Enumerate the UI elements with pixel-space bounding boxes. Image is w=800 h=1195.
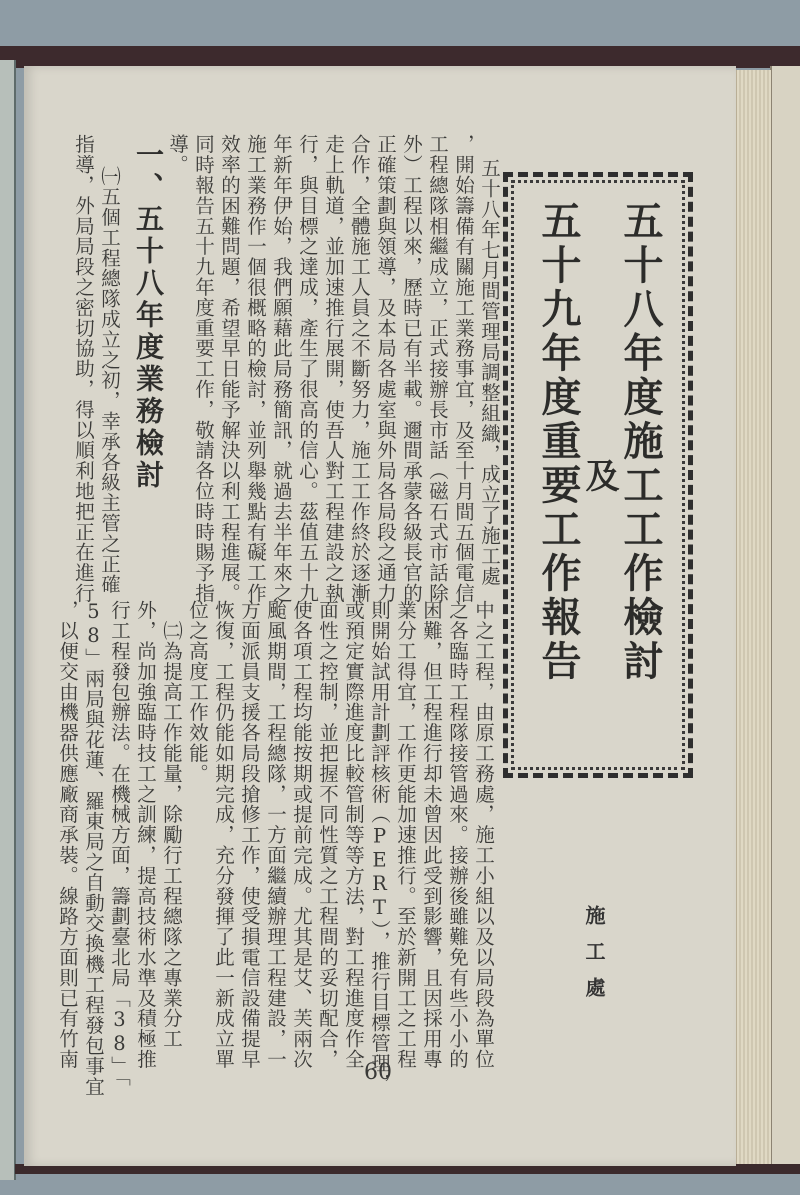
- section-column-bottom-17: ，以便交由機器供應廠商承裝。線路方面則已有竹南: [54, 600, 80, 1069]
- section-column-bottom-3: 困難，但工程進行却未曾因此受到影響，且因採用專: [418, 600, 444, 1069]
- section-heading: 一、五十八年度業務檢討: [128, 140, 168, 492]
- section-column-top-2: 指導，外局局段之密切協助，得以順利地把正在進行: [70, 134, 96, 603]
- title-line-1: 五十八年度施工工作檢討: [612, 200, 669, 684]
- section-column-bottom-13: ㈡為提高工作能量，除勵行工程總隊之專業分工: [158, 600, 184, 1049]
- section-column-bottom-1: 中之工程，由原工務處，施工小組以及以局段為單位: [470, 600, 496, 1069]
- author-label: 施工處: [580, 905, 609, 1013]
- intro-column-7: 走上軌道，並加速推行展開，使吾人對工程建設之執: [320, 134, 346, 603]
- book-cover-right-edge: [770, 66, 800, 1170]
- section-column-top-1: ㈠五個工程總隊成立之初，幸承各級主管之正確: [96, 166, 122, 594]
- intro-column-10: 施工業務作一個很概略的檢討，並列舉幾點有礙工作: [242, 134, 268, 603]
- title-line-2: 五十九年度重要工作報告: [530, 200, 587, 684]
- intro-column-11: 效率的困難問題，希望早日能予解決以利工程進展。: [216, 134, 242, 603]
- book-cover-top-edge: [0, 46, 800, 68]
- intro-column-8: 行，與目標之達成，產生了很高的信心。茲值五十九: [294, 134, 320, 603]
- section-column-bottom-6: 或預定實際進度比較管制等等方法，對工程進度作全: [340, 600, 366, 1069]
- section-column-bottom-4: 業分工得宜，工作更能加速推行。至於新開工之工程: [392, 600, 418, 1069]
- section-column-bottom-8: 使各項工程均能按期或提前完成。尤其是艾、芙兩次: [288, 600, 314, 1069]
- section-column-bottom-11: 恢復，工程仍能如期完成，充分發揮了此一新成立單: [210, 600, 236, 1069]
- section-column-bottom-9: 颱風期間，工程總隊，一方面繼續辦理工程建設，一: [262, 600, 288, 1069]
- section-column-bottom-10: 方面派員支援各局段搶修工作，使受損電信設備提早: [236, 600, 262, 1069]
- section-column-bottom-2: 之各臨時工程隊接管過來。接辦後雖難免有些小小的: [444, 600, 470, 1069]
- section-column-bottom-15: 行工程發包辦法。在機械方面，籌劃臺北局「38」「: [106, 600, 132, 1087]
- intro-column-12: 同時報告五十九年度重要工作，敬請各位時時賜予指: [190, 134, 216, 603]
- section-column-bottom-5: 則開始試用計劃評核術（PERT），推行目標管理，: [366, 600, 392, 1094]
- page-stack-edges: [736, 70, 771, 1166]
- section-column-bottom-12: 位之高度工作效能。: [184, 600, 210, 784]
- section-column-bottom-16: 58」兩局與花蓮、羅東局之自動交換機工程發包事宜: [80, 600, 106, 1097]
- page-number: 60: [364, 1060, 392, 1085]
- intro-column-5: 正確策劃與領導，及本局各處室與外局各局段之通力: [372, 134, 398, 603]
- intro-column-4: 外）工程以來，歷時已有半載。邇間承蒙各級長官的: [398, 134, 424, 603]
- intro-column-2: ，開始籌備有關施工業務事宜，及至十月間五個電信: [450, 134, 476, 603]
- intro-column-1: 五十八年七月間管理局調整組織，成立了施工處: [476, 158, 502, 586]
- intro-column-3: 工程總隊相繼成立，正式接辦長市話（磁石式市話除: [424, 134, 450, 603]
- intro-column-9: 年新年伊始，我們願藉此局務簡訊，就過去半年來之: [268, 134, 294, 603]
- intro-column-6: 合作，全體施工人員之不斷努力，施工工作終於逐漸: [346, 134, 372, 603]
- left-page-edge: [0, 60, 16, 1180]
- section-column-bottom-14: 外，尚加強臨時技工之訓練，提高技術水準及積極推: [132, 600, 158, 1069]
- section-column-bottom-7: 面性之控制，並把握不同性質之工程間的妥切配合，: [314, 600, 340, 1069]
